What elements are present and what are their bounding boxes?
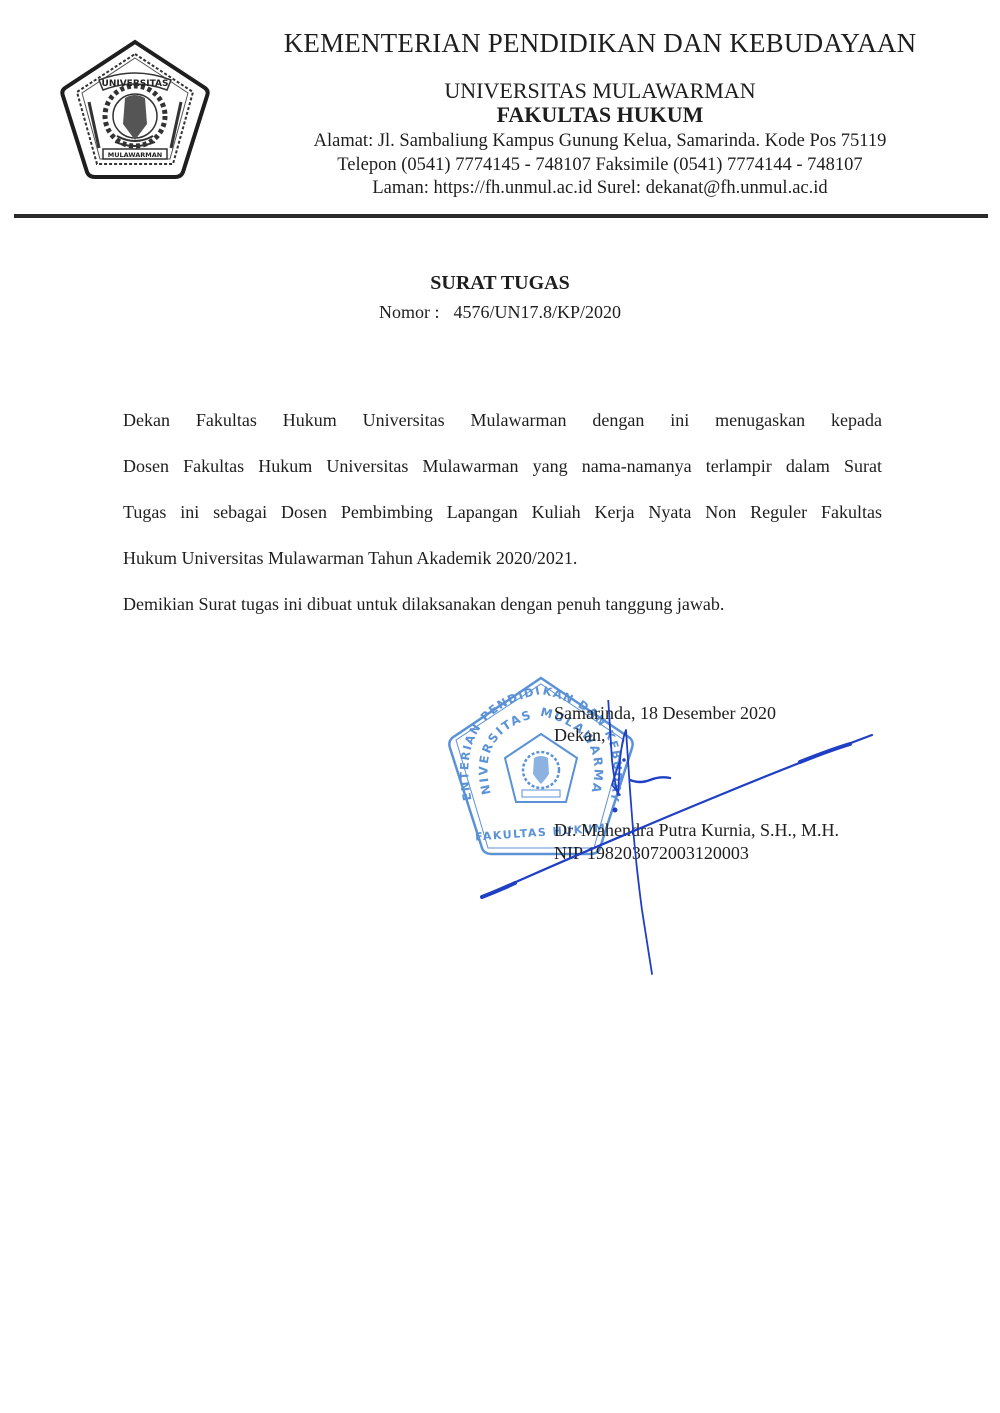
letterhead-divider bbox=[14, 214, 988, 218]
phone-fax-line: Telepon (0541) 7774145 - 748107 Faksimil… bbox=[215, 155, 985, 176]
signatory-nip: NIP 198203072003120003 bbox=[554, 843, 749, 864]
university-crest-icon: UNIVERSITAS MULAWARMAN bbox=[55, 36, 215, 186]
body-line: Tugas ini sebagai Dosen Pembimbing Lapan… bbox=[123, 502, 882, 523]
document-number-value: 4576/UN17.8/KP/2020 bbox=[453, 302, 621, 322]
document-title: SURAT TUGAS bbox=[0, 272, 1000, 295]
signatory-name: Dr. Mahendra Putra Kurnia, S.H., M.H. bbox=[554, 820, 839, 841]
web-email-line: Laman: https://fh.unmul.ac.id Surel: dek… bbox=[215, 178, 985, 199]
document-number: Nomor :4576/UN17.8/KP/2020 bbox=[0, 302, 1000, 323]
body-line: Dekan Fakultas Hukum Universitas Mulawar… bbox=[123, 410, 882, 431]
document-number-label: Nomor : bbox=[379, 302, 440, 322]
ministry-name: KEMENTERIAN PENDIDIKAN DAN KEBUDAYAAN bbox=[215, 28, 985, 59]
place-date: Samarinda, 18 Desember 2020 bbox=[554, 703, 776, 724]
body-line: Hukum Universitas Mulawarman Tahun Akade… bbox=[123, 548, 882, 569]
faculty-name: FAKULTAS HUKUM bbox=[215, 102, 985, 128]
svg-text:MULAWARMAN: MULAWARMAN bbox=[108, 151, 162, 159]
address-line: Alamat: Jl. Sambaliung Kampus Gunung Kel… bbox=[215, 131, 985, 152]
closing-statement: Demikian Surat tugas ini dibuat untuk di… bbox=[123, 594, 882, 615]
university-name: UNIVERSITAS MULAWARMAN bbox=[215, 78, 985, 104]
signatory-role: Dekan, bbox=[554, 725, 605, 746]
body-line: Dosen Fakultas Hukum Universitas Mulawar… bbox=[123, 456, 882, 477]
svg-text:UNIVERSITAS: UNIVERSITAS bbox=[102, 79, 169, 89]
